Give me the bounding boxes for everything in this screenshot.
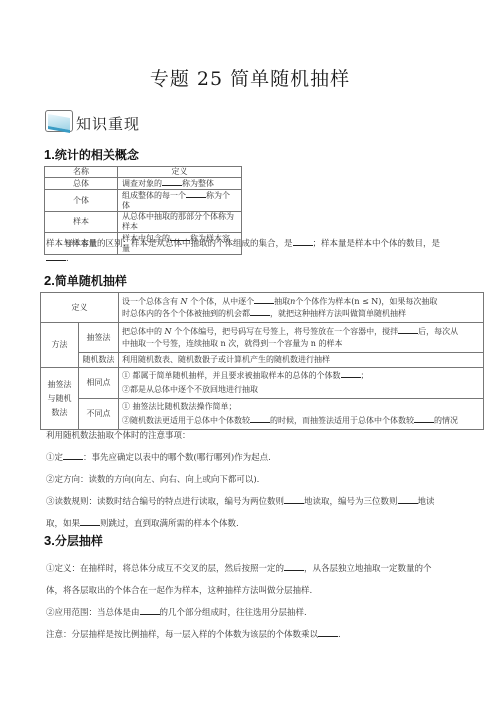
table-row-same: 抽签法与随机数法 相同点 ① 都属于简单随机抽样，并且要求被抽取样本的总体的个体… — [41, 368, 484, 399]
fill-blank — [398, 496, 418, 504]
fill-blank — [250, 415, 270, 423]
table-row-diff: 不同点 ① 抽签法比随机数法操作简单； ②随机数法更适用于总体中个体数较的时候，… — [41, 399, 484, 430]
fill-blank — [398, 326, 418, 334]
table-row-lottery: 方法 抽签法 把总体中的 N 个个体编号，把号码写在号签上，将号签放在一个容器中… — [41, 323, 484, 353]
stratified-def-cont: 体，将各层取出的个体合在一起作为样本，这种抽样方法叫做分层抽样. — [46, 584, 312, 596]
sample-note-cont: . — [46, 253, 69, 264]
page-title: 专题 25 简单随机抽样 — [0, 64, 500, 91]
stratified-note: 注意：分层抽样是按比例抽样，每一层入样的个体数为该层的个体数乘以. — [46, 628, 341, 640]
knowledge-banner: 知识重现 — [44, 104, 140, 134]
section3-heading: 3.分层抽样 — [44, 532, 103, 549]
table-row-definition: 定义 设一个总体含有 N 个个体，从中逐个抽取n个个体作为样本(n ≤ N)，如… — [41, 293, 484, 323]
notes-title: 利用随机数法抽取个体时的注意事项： — [46, 429, 191, 441]
section1-heading: 1.统计的相关概念 — [44, 146, 139, 163]
header-definition: 定义 — [118, 167, 242, 178]
section2-heading: 2.简单随机抽样 — [44, 272, 127, 289]
stratified-scope: ②应用范围：当总体是由的几个部分组成时，往往选用分层抽样. — [46, 606, 307, 618]
fill-blank — [284, 496, 304, 504]
fill-blank — [293, 238, 313, 246]
sample-note: 样本与样本量的区别：样本是从总体中抽取的个体组成的集合，是；样本量是样本中个体的… — [46, 237, 440, 249]
fill-blank — [162, 178, 182, 186]
table-row-random-number: 随机数法 利用随机数表、随机数骰子或计算机产生的随机数进行抽样 — [41, 353, 484, 368]
banner-label: 知识重现 — [76, 113, 140, 134]
fill-blank — [140, 607, 160, 615]
fill-blank — [341, 370, 361, 378]
table-header-row: 名称 定义 — [45, 167, 242, 178]
fill-blank — [284, 563, 304, 571]
fill-blank — [80, 518, 100, 526]
fill-blank — [414, 415, 434, 423]
fill-blank — [318, 629, 338, 637]
fill-blank — [63, 452, 83, 460]
stratified-def: ①定义：在抽样时，将总体分成互不交叉的层，然后按照一定的，从各层独立地抽取一定数… — [46, 562, 432, 574]
note-3-cont: 取，如果则跳过，直到取满所需的样本个体数. — [46, 517, 239, 529]
table-row: 总体 调查对象的称为整体 — [45, 178, 242, 190]
simple-random-sampling-table: 定义 设一个总体含有 N 个个体，从中逐个抽取n个个体作为样本(n ≤ N)，如… — [40, 292, 484, 430]
table-row: 样本 从总体中抽取的那部分个体称为样本 — [45, 212, 242, 233]
header-name: 名称 — [45, 167, 118, 178]
fill-blank — [46, 253, 66, 261]
note-3: ③读数规则：读数时结合编号的特点进行读取，编号为两位数则地读取，编号为三位数则地… — [46, 495, 435, 507]
fill-blank — [186, 190, 206, 198]
table-row: 个体 组成整体的每一个称为个体 — [45, 190, 242, 212]
book-icon — [44, 110, 74, 134]
note-2: ②定方向：读数的方向(向左、向右、向上或向下都可以). — [46, 473, 259, 485]
note-1: ①定：事先应确定以表中的哪个数(哪行哪列)作为起点. — [46, 451, 271, 463]
fill-blank — [250, 308, 270, 316]
fill-blank — [254, 296, 274, 304]
